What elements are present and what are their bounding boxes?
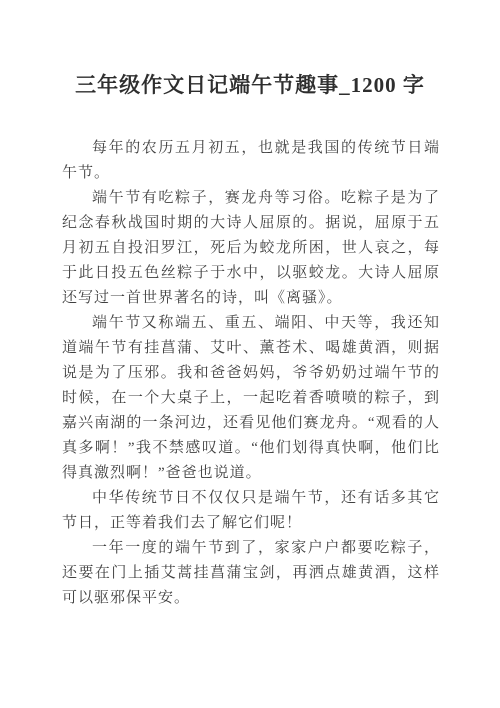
essay-paragraph-4: 中华传统节日不仅仅只是端午节，还有话多其它节日，正等着我们去了解它们呢！ xyxy=(62,486,440,536)
essay-body: 每年的农历五月初五，也就是我国的传统节日端午节。 端午节有吃粽子，赛龙舟等习俗。… xyxy=(62,136,440,611)
essay-title: 三年级作文日记端午节趣事_1200 字 xyxy=(0,0,500,98)
essay-paragraph-2: 端午节有吃粽子，赛龙舟等习俗。吃粽子是为了纪念春秋战国时期的大诗人屈原的。据说，… xyxy=(62,186,440,311)
essay-paragraph-5: 一年一度的端午节到了，家家户户都要吃粽子，还要在门上插艾蒿挂菖蒲宝剑，再洒点雄黄… xyxy=(62,536,440,611)
essay-page: 三年级作文日记端午节趣事_1200 字 每年的农历五月初五，也就是我国的传统节日… xyxy=(0,0,500,708)
essay-paragraph-3: 端午节又称端五、重五、端阳、中天等，我还知道端午节有挂菖蒲、艾叶、薰苍术、喝雄黄… xyxy=(62,311,440,486)
essay-paragraph-1: 每年的农历五月初五，也就是我国的传统节日端午节。 xyxy=(62,136,440,186)
